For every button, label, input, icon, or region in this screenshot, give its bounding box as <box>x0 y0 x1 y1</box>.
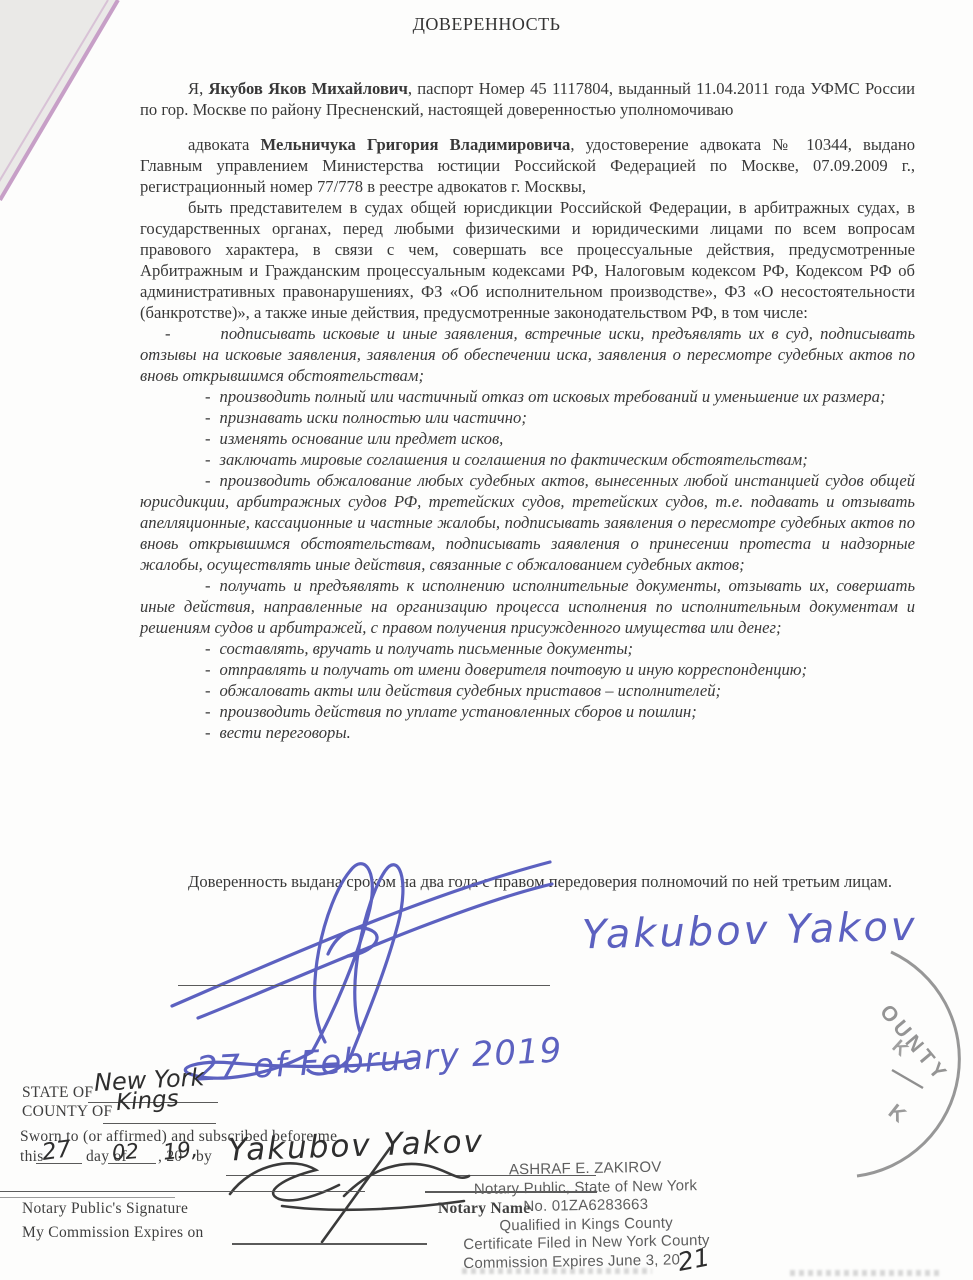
notary-stamp-block: ASHRAF E. ZAKIROV Notary Public, State o… <box>427 1157 745 1273</box>
list-item-text: заключать мировые соглашения и соглашени… <box>220 450 808 469</box>
list-item-text: отправлять и получать от имени доверител… <box>220 660 808 679</box>
handwritten-signer-name: Yakubov Yakov <box>581 904 918 959</box>
list-item: -производить действия по уплате установл… <box>140 701 915 722</box>
by-label: by <box>196 1148 212 1166</box>
bullet-dash: - <box>205 639 211 658</box>
list-item: -производить обжалование любых судебных … <box>140 470 915 575</box>
handwritten-month: 02 <box>111 1139 139 1165</box>
list-item-text: получать и предъявлять к исполнению испо… <box>140 576 915 637</box>
bullet-dash: - <box>205 576 211 595</box>
list-item-text: составлять, вручать и получать письменны… <box>220 639 634 658</box>
scan-smudge <box>790 1270 940 1276</box>
bullet-dash: - <box>205 702 211 721</box>
notary-signature-label: Notary Public's Signature <box>22 1200 188 1218</box>
list-item-text: производить полный или частичный отказ о… <box>220 387 886 406</box>
powers-list: -подписывать исковые и иные заявления, в… <box>140 323 915 743</box>
p2-prefix: адвоката <box>188 135 261 154</box>
handwritten-year: 19, <box>162 1137 199 1166</box>
paragraph-attorney: адвоката Мельничука Григория Владимирови… <box>140 134 915 197</box>
list-item: -отправлять и получать от имени доверите… <box>140 659 915 680</box>
county-underline <box>103 1123 216 1124</box>
list-item: -заключать мировые соглашения и соглашен… <box>140 449 915 470</box>
list-item: -получать и предъявлять к исполнению исп… <box>140 575 915 638</box>
bullet-dash: - <box>205 387 211 406</box>
list-item-text: изменять основание или предмет исков, <box>220 429 504 448</box>
list-item-text: производить действия по уплате установле… <box>220 702 697 721</box>
list-item: -составлять, вручать и получать письменн… <box>140 638 915 659</box>
paragraph-term: Доверенность выдана сроком на два года с… <box>140 871 915 893</box>
scan-smudge <box>462 1268 652 1274</box>
paragraph-powers: быть представителем в судах общей юрисди… <box>140 197 915 323</box>
month-underline <box>108 1163 156 1164</box>
bullet-dash: - <box>205 450 211 469</box>
bullet-dash: - <box>205 681 211 700</box>
principal-name: Якубов Яков Михайлович <box>209 79 408 98</box>
p1-prefix: Я, <box>188 79 209 98</box>
list-item-text: производить обжалование любых судебных а… <box>140 471 915 574</box>
bullet-dash: - <box>205 408 211 427</box>
bullet-dash: - <box>205 660 211 679</box>
notary-signature-line-ghost <box>0 1197 175 1198</box>
bullet-dash: - <box>205 723 211 742</box>
list-item-text: подписывать исковые и иные заявления, вс… <box>140 324 915 385</box>
commission-expires-label: My Commission Expires on <box>22 1224 204 1242</box>
bullet-dash: - <box>165 324 171 343</box>
list-item: -производить полный или частичный отказ … <box>140 386 915 407</box>
document-body: Я, Якубов Яков Михайлович, паспорт Номер… <box>140 78 915 743</box>
notary-round-seal: OUNTY K K <box>843 946 973 1186</box>
scanned-power-of-attorney-page: ДОВЕРЕННОСТЬ Я, Якубов Яков Михайлович, … <box>0 0 973 1280</box>
paragraph-principal: Я, Якубов Яков Михайлович, паспорт Номер… <box>140 78 915 120</box>
county-of-label: COUNTY OF <box>22 1103 112 1121</box>
commission-expires-underline <box>232 1243 427 1245</box>
list-item: -изменять основание или предмет исков, <box>140 428 915 449</box>
state-of-label: STATE OF <box>22 1084 93 1102</box>
list-item: -признавать иски полностью или частично; <box>140 407 915 428</box>
seal-inner-text: K <box>888 1036 912 1061</box>
list-item: -вести переговоры. <box>140 722 915 743</box>
handwritten-commission-year: 21 <box>677 1248 712 1272</box>
list-item-text: вести переговоры. <box>220 723 351 742</box>
bullet-dash: - <box>205 471 211 490</box>
handwritten-county: Kings <box>115 1086 179 1116</box>
notary-signature-line <box>0 1191 365 1192</box>
attorney-name: Мельничука Григория Владимировича <box>261 135 571 154</box>
seal-inner-text: K <box>884 1100 910 1127</box>
principal-signature-line <box>178 985 550 986</box>
day-underline <box>36 1163 82 1164</box>
list-item: -подписывать исковые и иные заявления, в… <box>140 323 915 386</box>
list-item-text: признавать иски полностью или частично; <box>220 408 527 427</box>
list-item-text: обжаловать акты или действия судебных пр… <box>220 681 722 700</box>
bullet-dash: - <box>205 429 211 448</box>
handwritten-day: 27 <box>40 1136 73 1166</box>
seal-arc-text: OUNTY <box>875 1000 953 1086</box>
handwritten-date: 27 of February 2019 <box>195 1030 563 1089</box>
list-item: -обжаловать акты или действия судебных п… <box>140 680 915 701</box>
document-title: ДОВЕРЕННОСТЬ <box>0 14 973 35</box>
